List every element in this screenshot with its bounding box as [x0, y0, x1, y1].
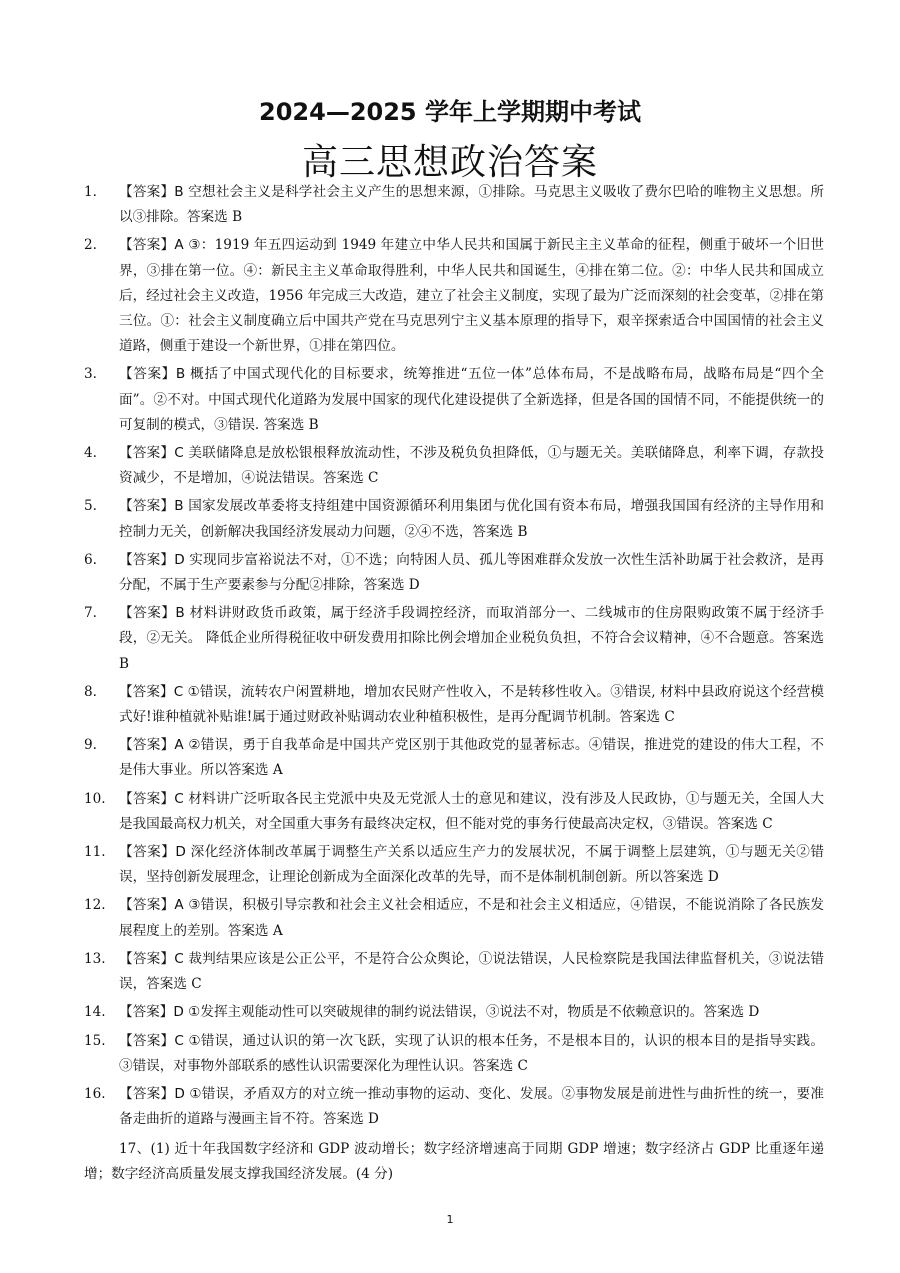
answer-item-15: 15.【答案】C ①错误，通过认识的第一次飞跃，实现了认识的根本任务，不是根本目…	[84, 1029, 824, 1079]
answer-explanation: 实现同步富裕说法不对，①不选；向特困人员、孤儿等困难群众发放一次性生活补助属于社…	[119, 552, 824, 593]
answer-explanation: ③：1919 年五四运动到 1949 年建立中华人民共和国属于新民主主义革命的征…	[119, 237, 824, 354]
answer-explanation: 裁判结果应该是公正公平，不是符合公众舆论，①说法错误，人民检察院是我国法律监督机…	[119, 951, 824, 992]
item-number: 4.	[84, 441, 114, 466]
answer-tag: 【答案】B	[119, 605, 185, 621]
item-number: 7.	[84, 601, 114, 626]
answer-item-1: 1.【答案】B 空想社会主义是科学社会主义产生的思想来源，①排除。马克思主义吸收…	[84, 180, 824, 230]
item-number: 1.	[84, 180, 114, 205]
answer-explanation: ①错误，通过认识的第一次飞跃，实现了认识的根本任务，不是根本目的，认识的根本目的…	[119, 1033, 824, 1074]
answer-item-13: 13.【答案】C 裁判结果应该是公正公平，不是符合公众舆论，①说法错误，人民检察…	[84, 947, 824, 997]
item-number: 16.	[84, 1082, 114, 1107]
item-number: 2.	[84, 233, 114, 258]
item-number: 9.	[84, 733, 114, 758]
exam-title: 2024—2025 学年上学期期中考试	[0, 92, 900, 127]
item-number: 8.	[84, 680, 114, 705]
answer-item-4: 4.【答案】C 美联储降息是放松银根释放流动性，不涉及税负负担降低，①与题无关。…	[84, 441, 824, 491]
answer-item-5: 5.【答案】B 国家发展改革委将支持组建中国资源循环利用集团与优化国有资本布局，…	[84, 494, 824, 544]
answer-item-7: 7.【答案】B 材料讲财政货币政策，属于经济手段调控经济，而取消部分一、二线城市…	[84, 601, 824, 677]
answer-tag: 【答案】C	[119, 445, 184, 461]
answer-item-8: 8.【答案】C ①错误，流转农户闲置耕地，增加农民财产性收入，不是转移性收入。③…	[84, 680, 824, 730]
answer-tag: 【答案】D	[119, 844, 186, 860]
document-title: 高三思想政治答案	[0, 134, 900, 185]
answer-item-3: 3.【答案】B 概括了中国式现代化的目标要求，统筹推进“五位一体”总体布局，不是…	[84, 362, 824, 438]
answer-explanation: ②错误，勇于自我革命是中国共产党区别于其他政党的显著标志。④错误，推进党的建设的…	[119, 737, 824, 778]
item-number: 10.	[84, 787, 114, 812]
answer-tag: 【答案】D	[119, 552, 185, 568]
answer-tag: 【答案】C	[119, 1033, 184, 1049]
answer-tag: 【答案】C	[119, 951, 184, 967]
answer-explanation: ③错误，积极引导宗教和社会主义社会相适应，不是和社会主义相适应，④错误，不能说消…	[119, 897, 824, 938]
answer-item-9: 9.【答案】A ②错误，勇于自我革命是中国共产党区别于其他政党的显著标志。④错误…	[84, 733, 824, 783]
item-number: 6.	[84, 548, 114, 573]
answer-item-2: 2.【答案】A ③：1919 年五四运动到 1949 年建立中华人民共和国属于新…	[84, 233, 824, 359]
answer-explanation: 概括了中国式现代化的目标要求，统筹推进“五位一体”总体布局，不是战略布局，战略布…	[119, 366, 824, 432]
answer-explanation: 美联储降息是放松银根释放流动性，不涉及税负负担降低，①与题无关。美联储降息，利率…	[119, 445, 824, 486]
answer-tag: 【答案】C	[119, 791, 184, 807]
answer-explanation: ①错误，矛盾双方的对立统一推动事物的运动、变化、发展。②事物发展是前进性与曲折性…	[119, 1086, 824, 1127]
answer-explanation: 国家发展改革委将支持组建中国资源循环利用集团与优化国有资本布局，增强我国国有经济…	[119, 498, 824, 539]
answer-explanation: 材料讲广泛听取各民主党派中央及无党派人士的意见和建议，没有涉及人民政协，①与题无…	[119, 791, 824, 832]
answer-tag: 【答案】A	[119, 237, 184, 253]
answer-tag: 【答案】D	[119, 1086, 185, 1102]
answer-item-10: 10.【答案】C 材料讲广泛听取各民主党派中央及无党派人士的意见和建议，没有涉及…	[84, 787, 824, 837]
item-number: 11.	[84, 840, 114, 865]
item-number: 13.	[84, 947, 114, 972]
answer-item-12: 12.【答案】A ③错误，积极引导宗教和社会主义社会相适应，不是和社会主义相适应…	[84, 893, 824, 943]
answer-explanation: ①发挥主观能动性可以突破规律的制约说法错误，③说法不对，物质是不依赖意识的。答案…	[184, 1004, 759, 1020]
answer-explanation: 深化经济体制改革属于调整生产关系以适应生产力的发展状况，不属于调整上层建筑，①与…	[119, 844, 824, 885]
answer-tag: 【答案】A	[119, 897, 184, 913]
answer-list: 1.【答案】B 空想社会主义是科学社会主义产生的思想来源，①排除。马克思主义吸收…	[84, 180, 824, 1135]
answer-tag: 【答案】C	[119, 684, 183, 700]
page-number: 1	[0, 1213, 900, 1226]
item-number: 14.	[84, 1000, 114, 1025]
answer-item-6: 6.【答案】D 实现同步富裕说法不对，①不选；向特困人员、孤儿等困难群众发放一次…	[84, 548, 824, 598]
item-number: 3.	[84, 362, 114, 387]
answer-tag: 【答案】A	[119, 737, 184, 753]
answer-explanation: ①错误，流转农户闲置耕地，增加农民财产性收入，不是转移性收入。③错误, 材料中县…	[119, 684, 824, 725]
item-number: 15.	[84, 1029, 114, 1054]
answer-item-14: 14.【答案】D ①发挥主观能动性可以突破规律的制约说法错误，③说法不对，物质是…	[84, 1000, 824, 1025]
answer-explanation: 空想社会主义是科学社会主义产生的思想来源，①排除。马克思主义吸收了费尔巴哈的唯物…	[119, 184, 824, 225]
answer-tag: 【答案】B	[119, 184, 184, 200]
answer-item-17: 17、(1) 近十年我国数字经济和 GDP 波动增长；数字经济增速高于同期 GD…	[84, 1137, 824, 1187]
answer-item-11: 11.【答案】D 深化经济体制改革属于调整生产关系以适应生产力的发展状况，不属于…	[84, 840, 824, 890]
item-number: 12.	[84, 893, 114, 918]
item-number: 5.	[84, 494, 114, 519]
answer-tag: 【答案】B	[119, 498, 184, 514]
answer-item-16: 16.【答案】D ①错误，矛盾双方的对立统一推动事物的运动、变化、发展。②事物发…	[84, 1082, 824, 1132]
answer-tag: 【答案】B	[119, 366, 185, 382]
answer-explanation: 材料讲财政货币政策，属于经济手段调控经济，而取消部分一、二线城市的住房限购政策不…	[119, 605, 824, 671]
answer-tag: 【答案】D	[119, 1004, 184, 1020]
